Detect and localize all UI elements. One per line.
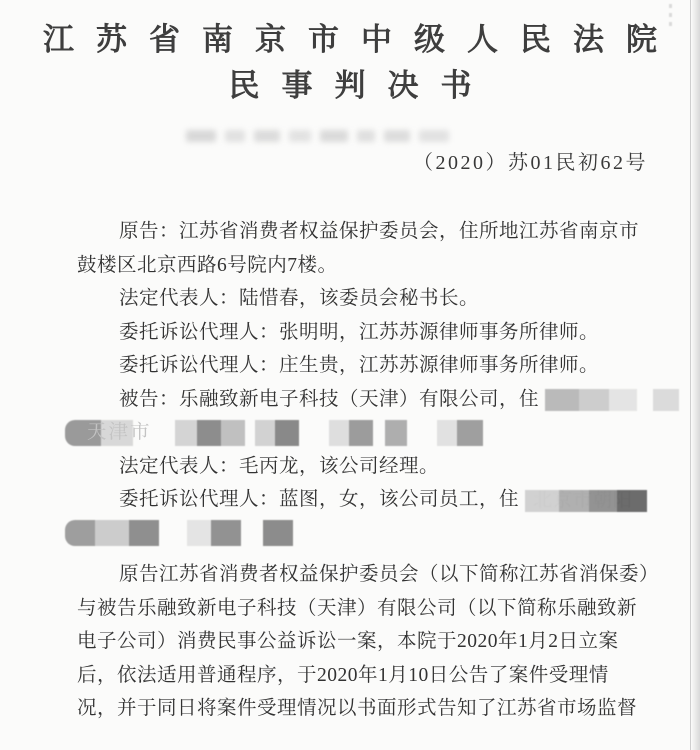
paragraph-line-text: 与被告乐融致新电子科技（天津）有限公司（以下简称乐融致新 — [77, 598, 637, 619]
party-line-text: 委托诉讼代理人：蓝图，女，该公司员工，住 — [119, 489, 519, 510]
party-line-legal-rep-defendant: 法定代表人：毛丙龙，该公司经理。 — [77, 450, 655, 484]
party-line-redacted — [77, 517, 655, 551]
judgment-paragraph-line: 后，依法适用普通程序，于2020年1月10日公告了案件受理情 — [77, 659, 655, 693]
party-line-defendant-address-redacted: 天津市 — [77, 416, 655, 450]
party-line-text: 鼓楼区北京西路6号院内7楼。 — [77, 255, 338, 276]
party-line-attorney-defendant: 委托诉讼代理人：蓝图，女，该公司员工，住北京市朝阳 — [77, 483, 655, 517]
judgment-paragraph-line: 原告江苏省消费者权益保护委员会（以下简称江苏省消保委） — [77, 558, 655, 592]
party-line-text: 委托诉讼代理人：张明明，江苏苏源律师事务所律师。 — [119, 322, 599, 343]
paragraph-line-text: 电子公司）消费民事公益诉讼一案，本院于2020年1月2日立案 — [77, 631, 619, 652]
party-line-text: 法定代表人：陆惜春，该委员会秘书长。 — [119, 288, 479, 309]
party-line-text: 法定代表人：毛丙龙，该公司经理。 — [119, 456, 439, 477]
party-line-text: 原告：江苏省消费者权益保护委员会，住所地江苏省南京市 — [119, 221, 639, 242]
redaction-mosaic — [65, 416, 655, 450]
paragraph-line-text: 况，并于同日将案件受理情况以书面形式告知了江苏省市场监督 — [77, 698, 637, 719]
paragraph-line-text: 原告江苏省消费者权益保护委员会（以下简称江苏省消保委） — [119, 564, 659, 585]
redaction-mosaic: 北京市朝阳 — [525, 484, 647, 518]
judgment-paragraph-line: 况，并于同日将案件受理情况以书面形式告知了江苏省市场监督 — [77, 692, 655, 726]
party-line-text: 被告：乐融致新电子科技（天津）有限公司，住 — [119, 389, 539, 410]
judgment-paragraph-line: 电子公司）消费民事公益诉讼一案，本院于2020年1月2日立案 — [77, 625, 655, 659]
party-line-plaintiff: 原告：江苏省消费者权益保护委员会，住所地江苏省南京市 — [77, 215, 655, 249]
judgment-paragraph-line: 与被告乐融致新电子科技（天津）有限公司（以下简称乐融致新 — [77, 592, 655, 626]
scan-edge-shadow — [690, 0, 700, 750]
judgment-document-page: 江苏省南京市中级人民法院 民事判决书 （2020）苏01民初62号 原告：江苏省… — [0, 0, 700, 750]
case-number: （2020）苏01民初62号 — [413, 146, 648, 175]
ghost-text: 天津市 — [87, 416, 152, 450]
party-line-text: 委托诉讼代理人：庄生贵，江苏苏源律师事务所律师。 — [119, 355, 599, 376]
document-title: 民事判决书 — [0, 60, 700, 105]
redaction-mosaic — [545, 383, 679, 417]
party-line-plaintiff-address: 鼓楼区北京西路6号院内7楼。 — [77, 249, 655, 283]
party-line-attorney-2: 委托诉讼代理人：庄生贵，江苏苏源律师事务所律师。 — [77, 349, 655, 383]
paragraph-line-text: 后，依法适用普通程序，于2020年1月10日公告了案件受理情 — [77, 665, 609, 686]
document-body: 原告：江苏省消费者权益保护委员会，住所地江苏省南京市 鼓楼区北京西路6号院内7楼… — [77, 215, 655, 726]
party-line-defendant: 被告：乐融致新电子科技（天津）有限公司，住 — [77, 383, 655, 417]
erased-text-smudge — [186, 127, 486, 144]
redaction-mosaic — [65, 517, 655, 551]
party-line-legal-rep-plaintiff: 法定代表人：陆惜春，该委员会秘书长。 — [77, 282, 655, 316]
court-name-heading: 江苏省南京市中级人民法院 — [0, 14, 700, 59]
party-line-attorney-1: 委托诉讼代理人：张明明，江苏苏源律师事务所律师。 — [77, 316, 655, 350]
